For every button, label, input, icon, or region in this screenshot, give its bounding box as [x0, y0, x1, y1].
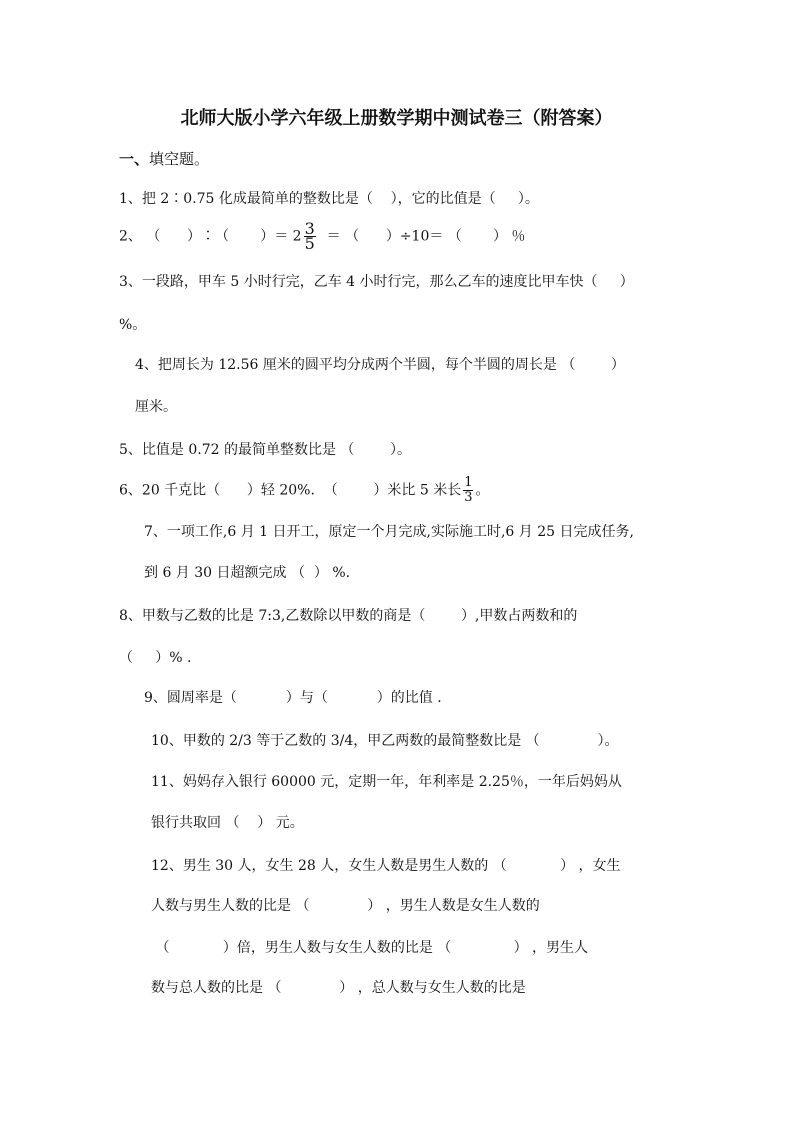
fraction-1-3: 13 [463, 476, 473, 505]
question-7-line-2: 到 6 月 30 日超额完成 （ ） %. [144, 563, 350, 583]
question-3-line-2: %。 [119, 315, 146, 335]
question-6-post: 。 [475, 483, 489, 499]
question-7-line-1: 7、一项工作,6 月 1 日开工，原定一个月完成,实际施工时,6 月 25 日完… [144, 522, 634, 542]
document-title: 北师大版小学六年级上册数学期中测试卷三（附答案） [0, 104, 793, 130]
question-4-line-2: 厘米。 [135, 397, 177, 417]
question-3-line-1: 3、一段路，甲车 5 小时行完，乙车 4 小时行完，那么乙车的速度比甲车快（ ） [119, 272, 634, 292]
question-12-line-1: 12、男生 30 人，女生 28 人，女生人数是男生人数的 （ ） ，女生 [151, 856, 621, 876]
question-11-line-1: 11、妈妈存入银行 60000 元，定期一年，年利率是 2.25％，一年后妈妈从 [151, 772, 622, 792]
fraction-3-5: 35 [304, 222, 316, 251]
question-9: 9、圆周率是（ ）与（ ）的比值 . [144, 688, 442, 708]
section-number: 一、 [119, 150, 149, 168]
question-2: 2、 （ ）∶（ ）＝ 235 ＝ （ ）÷10＝ （ ） ％ [119, 222, 525, 251]
section-heading: 一、填空题。 [119, 148, 209, 169]
question-6-pre: 6、20 千克比（ ）轻 20%. （ ）米比 5 米长 [119, 483, 461, 499]
question-6: 6、20 千克比（ ）轻 20%. （ ）米比 5 米长13。 [119, 476, 489, 505]
question-2-post: ＝ （ ）÷10＝ （ ） ％ [318, 229, 526, 245]
question-1: 1、把 2∶0.75 化成最简单的整数比是（ ），它的比值是（ ）。 [119, 189, 539, 209]
document-page: 北师大版小学六年级上册数学期中测试卷三（附答案） 一、填空题。 1、把 2∶0.… [0, 0, 793, 1122]
question-12-line-2: 人数与男生人数的比是 （ ） ，男生人数是女生人数的 [151, 896, 540, 916]
question-10: 10、甲数的 2/3 等于乙数的 3/4，甲乙两数的最简整数比是 （ ）。 [151, 731, 619, 751]
question-4-line-1: 4、把周长为 12.56 厘米的圆平均分成两个半圆，每个半圆的周长是 （ ） [135, 355, 625, 375]
question-8-line-1: 8、甲数与乙数的比是 7:3,乙数除以甲数的商是（ ）,甲数占两数和的 [119, 606, 577, 626]
question-12-line-4: 数与总人数的比是 （ ） ，总人数与女生人数的比是 [151, 978, 526, 998]
question-12-line-3: （ ）倍，男生人数与女生人数的比是 （ ） ，男生人 [151, 938, 588, 958]
question-5: 5、比值是 0.72 的最简单整数比是 （ ）。 [119, 440, 411, 460]
question-11-line-2: 银行共取回 （ ） 元。 [151, 813, 304, 833]
section-label: 填空题。 [149, 150, 209, 168]
question-8-line-2: （ ）% . [119, 648, 191, 668]
question-2-pre: 2、 （ ）∶（ ）＝ 2 [119, 229, 302, 245]
